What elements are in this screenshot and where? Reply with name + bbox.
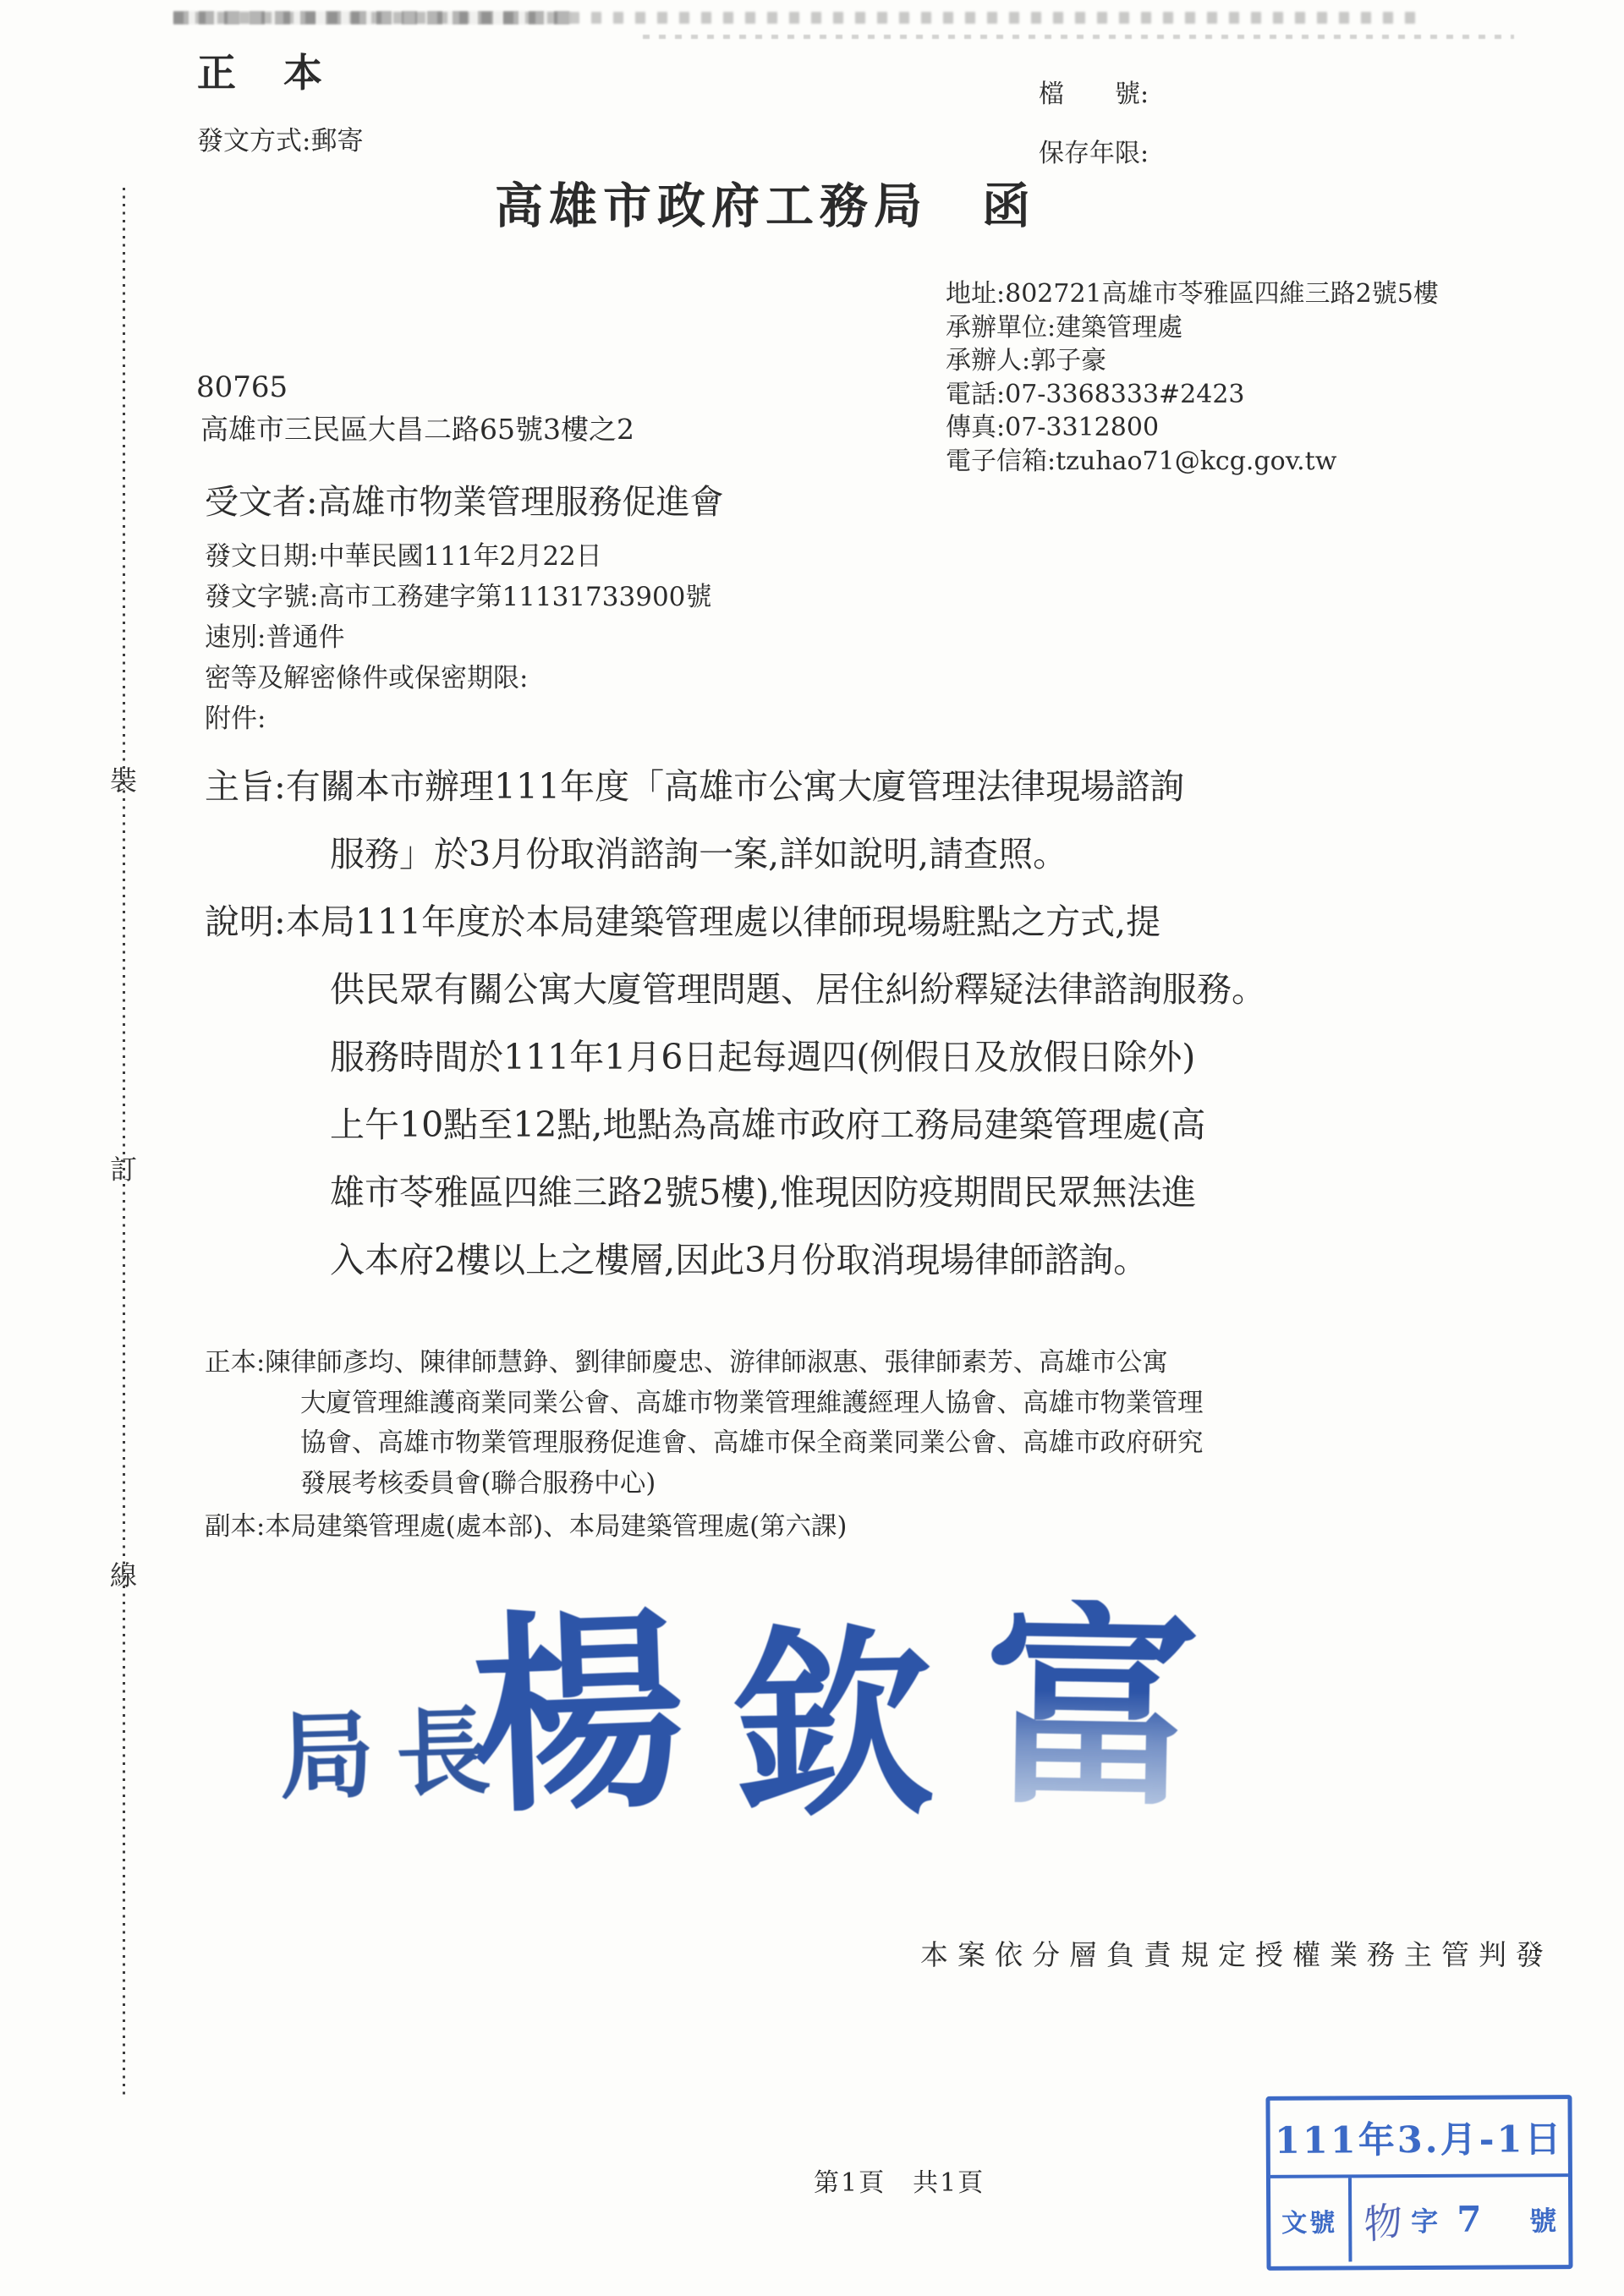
subject-line: 主旨:有關本市辦理111年度「高雄市公寓大廈管理法律現場諮詢 bbox=[205, 753, 1473, 820]
doc-meta-line: 速別:普通件 bbox=[205, 617, 711, 658]
explanation-line: 入本府2樓以上之樓層,因此3月份取消現場律師諮詢。 bbox=[330, 1226, 1524, 1294]
received-stamp: 111年3.月-1日 文號 物 字 7 號 bbox=[1265, 2095, 1572, 2271]
doc-meta-line: 發文日期:中華民國111年2月22日 bbox=[205, 536, 711, 577]
stamp-number-suffix: 號 bbox=[1529, 2200, 1556, 2238]
stamp-series-char-handwritten: 物 bbox=[1363, 2188, 1403, 2251]
original-copy-list: 正本:陳律師彥均、陳律師慧錚、劉律師慶忠、游律師淑惠、張律師素芳、高雄市公寓大廈… bbox=[205, 1343, 1524, 1504]
subject-line: 服務」於3月份取消諮詢一案,詳如說明,請查照。 bbox=[330, 820, 1473, 888]
authorization-note: 本案依分層負責規定授權業務主管判發 bbox=[920, 1933, 1553, 1973]
stamp-doc-no-row: 文號 物 字 7 號 bbox=[1270, 2177, 1569, 2262]
binding-char: 裝 bbox=[110, 759, 137, 798]
original-copy-line: 協會、高雄市物業管理服務促進會、高雄市保全商業同業公會、高雄市政府研究 bbox=[300, 1423, 1524, 1464]
binding-dotted-line bbox=[123, 188, 125, 2096]
contact-line: 地址:802721高雄市苓雅區四維三路2號5樓 bbox=[946, 277, 1439, 311]
copy-type-label: 正本 bbox=[197, 42, 370, 98]
explanation-block: 說明:本局111年度於本局建築管理處以律師現場駐點之方式,提供民眾有關公寓大廈管… bbox=[205, 888, 1524, 1294]
page-indicator: 第1頁 共1頁 bbox=[814, 2162, 985, 2199]
explanation-line: 供民眾有關公寓大廈管理問題、居住糾紛釋疑法律諮詢服務。 bbox=[330, 956, 1524, 1023]
stamp-number: 7 bbox=[1457, 2199, 1481, 2240]
stamp-doc-no-value: 物 字 7 號 bbox=[1352, 2177, 1569, 2261]
scan-noise-top-left bbox=[173, 11, 571, 25]
retention-period-label: 保存年限: bbox=[1039, 132, 1149, 169]
document-title: 高雄市政府工務局 函 bbox=[495, 167, 1036, 237]
recipient-line: 受文者:高雄市物業管理服務促進會 bbox=[205, 475, 723, 523]
contact-line: 承辦人:郭子豪 bbox=[946, 344, 1439, 378]
doc-meta-line: 附件: bbox=[205, 699, 711, 739]
sender-contact-block: 地址:802721高雄市苓雅區四維三路2號5樓承辦單位:建築管理處承辦人:郭子豪… bbox=[946, 277, 1439, 478]
binding-char: 線 bbox=[110, 1554, 137, 1593]
explanation-line: 雄市苓雅區四維三路2號5樓),惟現因防疫期間民眾無法進 bbox=[330, 1159, 1524, 1226]
doc-meta-line: 發文字號:高市工務建字第11131733900號 bbox=[205, 577, 711, 617]
signature-name-char: 富 bbox=[982, 1598, 1202, 1818]
scanned-official-letter: 裝訂線 正本 發文方式:郵寄 檔 號: 保存年限: 高雄市政府工務局 函 地址:… bbox=[0, 0, 1624, 2296]
scan-noise-top-right bbox=[643, 35, 1514, 39]
original-copy-line: 正本:陳律師彥均、陳律師慧錚、劉律師慶忠、游律師淑惠、張律師素芳、高雄市公寓 bbox=[205, 1343, 1524, 1384]
contact-line: 傳真:07-3312800 bbox=[946, 411, 1439, 445]
explanation-line: 說明:本局111年度於本局建築管理處以律師現場駐點之方式,提 bbox=[205, 888, 1524, 956]
carbon-copy-line: 副本:本局建築管理處(處本部)、本局建築管理處(第六課) bbox=[205, 1505, 847, 1543]
stamp-doc-no-label: 文號 bbox=[1270, 2178, 1352, 2262]
explanation-line: 服務時間於111年1月6日起每週四(例假日及放假日除外) bbox=[330, 1023, 1524, 1091]
signature-name-char: 欽 bbox=[730, 1624, 935, 1828]
recipient-address: 高雄市三民區大昌二路65號3樓之2 bbox=[200, 408, 634, 447]
subject-block: 主旨:有關本市辦理111年度「高雄市公寓大廈管理法律現場諮詢服務」於3月份取消諮… bbox=[205, 753, 1473, 888]
file-number-label: 檔 號: bbox=[1039, 73, 1149, 110]
contact-line: 承辦單位:建築管理處 bbox=[946, 311, 1439, 345]
contact-line: 電子信箱:tzuhao71@kcg.gov.tw bbox=[946, 445, 1439, 479]
signature-name-char: 楊 bbox=[469, 1604, 689, 1825]
delivery-method-label: 發文方式:郵寄 bbox=[197, 119, 363, 157]
stamp-series-word: 字 bbox=[1411, 2200, 1438, 2238]
doc-meta-line: 密等及解密條件或保密期限: bbox=[205, 658, 711, 699]
binding-char: 訂 bbox=[110, 1148, 137, 1187]
stamp-date: 111年3.月-1日 bbox=[1270, 2099, 1567, 2178]
recipient-zipcode: 80765 bbox=[196, 370, 288, 404]
contact-line: 電話:07-3368333#2423 bbox=[946, 378, 1439, 412]
signature-name: 楊欽富 bbox=[472, 1605, 1200, 1822]
doc-meta-block: 發文日期:中華民國111年2月22日發文字號:高市工務建字第1113173390… bbox=[205, 536, 711, 739]
original-copy-line: 發展考核委員會(聯合服務中心) bbox=[300, 1464, 1524, 1504]
original-copy-line: 大廈管理維護商業同業公會、高雄市物業管理維護經理人協會、高雄市物業管理 bbox=[300, 1384, 1524, 1424]
explanation-line: 上午10點至12點,地點為高雄市政府工務局建築管理處(高 bbox=[330, 1091, 1524, 1159]
